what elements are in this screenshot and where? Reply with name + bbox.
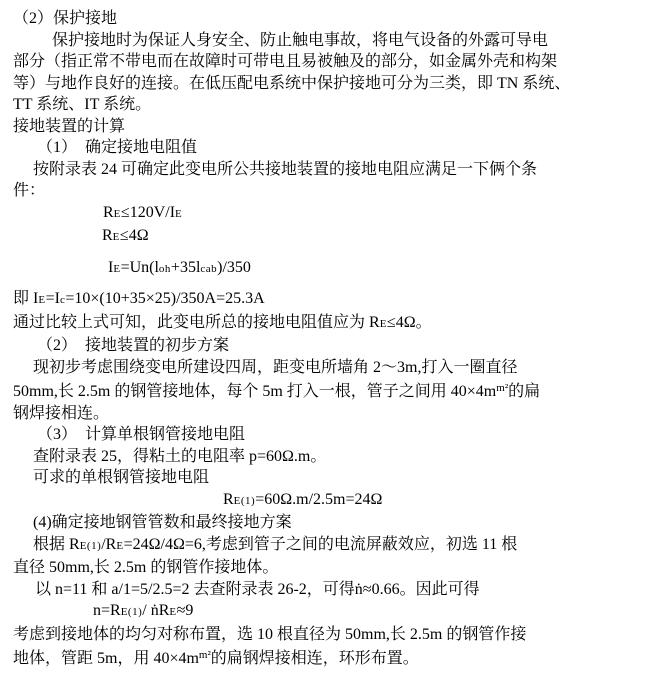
paragraph-line: 查附录表 25，得粘土的电阻率 p=60Ω.m。 xyxy=(13,446,640,468)
text-segment: =10×(10+35×25)/350A=25.3A xyxy=(65,290,264,307)
text-segment: 考虑到接地体的均匀对称布置，选 10 根直径为 50mm,长 2.5m 的钢管作… xyxy=(13,626,526,643)
subscript-segment: E xyxy=(116,540,123,552)
text-segment: 的扁 xyxy=(508,383,540,400)
formula-n-count: n=RE(1)/ ṅRE≈9 xyxy=(13,600,640,624)
text-segment: （2）保护接地 xyxy=(13,10,117,27)
text-segment: R xyxy=(102,227,113,244)
text-segment: )/350 xyxy=(217,259,251,276)
text-segment: 通过比较上式可知，此变电所总的接地电阻值应为 R xyxy=(13,314,380,331)
text-segment: 查附录表 25，得粘土的电阻率 p=60Ω.m。 xyxy=(33,448,326,465)
text-segment: ≤120V/I xyxy=(121,204,175,221)
document-page: （2）保护接地保护接地时为保证人身安全、防止触电事故，将电气设备的外露可导电部分… xyxy=(0,0,646,694)
paragraph-line: 现初步考虑围绕变电所建设四周，距变电所墙角 2～3m,打入一圈直径 xyxy=(13,357,640,379)
text-segment: 直径 50mm,长 2.5m 的钢管作接地体。 xyxy=(13,559,278,576)
text-segment: 接地装置的计算 xyxy=(13,118,125,135)
subscript-segment: E(1) xyxy=(121,606,143,618)
text-segment: 根据 R xyxy=(33,536,80,553)
text-segment: ≈9 xyxy=(177,602,194,619)
formula-re1: RE(1)=60Ω.m/2.5m=24Ω xyxy=(13,489,640,513)
subscript-segment: E(1) xyxy=(80,540,102,552)
paragraph-line: 直径 50mm,长 2.5m 的钢管作接地体。 xyxy=(13,557,640,579)
text-segment: 可求的单根钢管接地电阻 xyxy=(33,469,209,486)
paragraph-line: 钢焊接相连。 xyxy=(13,403,640,425)
heading-step-4: (4)确定接地钢管管数和最终接地方案 xyxy=(13,512,640,534)
text-segment: =24Ω/4Ω=6,考虑到管子之间的电流屏蔽效应，初选 11 根 xyxy=(124,536,518,553)
paragraph-line: 通过比较上式可知，此变电所总的接地电阻值应为 RE≤4Ω。 xyxy=(13,312,640,336)
superscript-segment: m² xyxy=(199,649,211,661)
formula-re-condition-2: RE≤4Ω xyxy=(13,225,640,249)
text-segment: =Un(l xyxy=(121,259,159,276)
text-segment: （1） 确定接地电阻值 xyxy=(37,139,197,156)
text-segment: 以 n=11 和 a/1=5/2.5=2 去查附录表 26-2，可得ṅ≈0.66… xyxy=(35,581,480,598)
text-segment: 50mm,长 2.5m 的钢管接地体，每个 5m 打入一根，管子之间用 40×4… xyxy=(13,383,496,400)
text-segment: ≤4Ω。 xyxy=(387,314,432,331)
paragraph-line: 根据 RE(1)/RE=24Ω/4Ω=6,考虑到管子之间的电流屏蔽效应，初选 1… xyxy=(13,534,640,558)
document-body: （2）保护接地保护接地时为保证人身安全、防止触电事故，将电气设备的外露可导电部分… xyxy=(13,8,640,670)
text-segment: 部分（指正常不带电而在故障时可带电且易被触及的部分，如金属外壳和构架 xyxy=(13,53,557,70)
heading-protective-grounding: （2）保护接地 xyxy=(13,8,640,30)
paragraph-line: 部分（指正常不带电而在故障时可带电且易被触及的部分，如金属外壳和构架 xyxy=(13,51,640,73)
text-segment: 即 I xyxy=(13,290,38,307)
paragraph-line: 考虑到接地体的均匀对称布置，选 10 根直径为 50mm,长 2.5m 的钢管作… xyxy=(13,624,640,646)
subscript-segment: oh xyxy=(159,263,171,275)
subscript-segment: E xyxy=(175,208,182,220)
subscript-segment: E xyxy=(380,318,387,330)
subscript-segment: cab xyxy=(200,263,217,275)
text-segment: R xyxy=(103,204,114,221)
text-segment: （3） 计算单根钢管接地电阻 xyxy=(37,426,245,443)
text-segment: R xyxy=(223,491,234,508)
paragraph-line: TT 系统、IT 系统。 xyxy=(13,94,640,116)
paragraph-line: 即 IE=Ic=10×(10+35×25)/350A=25.3A xyxy=(13,288,640,312)
text-segment: /R xyxy=(101,536,116,553)
paragraph-line: 等）与地作良好的连接。在低压配电系统中保护接地可分为三类，即 TN 系统、 xyxy=(13,73,640,95)
paragraph-line: 可求的单根钢管接地电阻 xyxy=(13,467,640,489)
paragraph-line: 保护接地时为保证人身安全、防止触电事故，将电气设备的外露可导电 xyxy=(13,30,640,52)
subscript-segment: E xyxy=(169,606,176,618)
text-segment: 钢焊接相连。 xyxy=(13,405,109,422)
text-segment: n=R xyxy=(93,602,121,619)
subscript-segment: E xyxy=(114,208,121,220)
text-segment: 等）与地作良好的连接。在低压配电系统中保护接地可分为三类，即 TN 系统、 xyxy=(13,75,570,92)
subscript-segment: E xyxy=(113,231,120,243)
superscript-segment: m² xyxy=(496,382,508,394)
text-segment: =60Ω.m/2.5m=24Ω xyxy=(255,491,382,508)
text-segment: 保护接地时为保证人身安全、防止触电事故，将电气设备的外露可导电 xyxy=(52,32,548,49)
text-segment: ≤4Ω xyxy=(120,227,149,244)
paragraph-line: 件： xyxy=(13,180,640,202)
heading-step-1: （1） 确定接地电阻值 xyxy=(13,137,640,159)
text-segment: =I xyxy=(46,290,60,307)
text-segment: 的扁钢焊接相连，环形布置。 xyxy=(211,650,419,667)
heading-grounding-calculation: 接地装置的计算 xyxy=(13,116,640,138)
paragraph-line: 地体，管距 5m，用 40×4mm²的扁钢焊接相连，环形布置。 xyxy=(13,645,640,670)
paragraph-line: 50mm,长 2.5m 的钢管接地体，每个 5m 打入一根，管子之间用 40×4… xyxy=(13,378,640,403)
text-segment: 现初步考虑围绕变电所建设四周，距变电所墙角 2～3m,打入一圈直径 xyxy=(33,359,517,376)
text-segment: 按附录表 24 可确定此变电所公共接地装置的接地电阻应满足一下俩个条 xyxy=(33,161,537,178)
paragraph-line: 按附录表 24 可确定此变电所公共接地装置的接地电阻应满足一下俩个条 xyxy=(13,159,640,181)
subscript-segment: E(1) xyxy=(234,495,256,507)
heading-step-2: （2） 接地装置的初步方案 xyxy=(13,335,640,357)
formula-re-condition-1: RE≤120V/IE xyxy=(13,202,640,226)
text-segment: +35l xyxy=(171,259,200,276)
heading-step-3: （3） 计算单根钢管接地电阻 xyxy=(13,424,640,446)
text-segment: （2） 接地装置的初步方案 xyxy=(37,337,229,354)
paragraph-line: 以 n=11 和 a/1=5/2.5=2 去查附录表 26-2，可得ṅ≈0.66… xyxy=(13,579,640,601)
formula-ie: IE=Un(loh+35lcab)/350 xyxy=(13,257,640,281)
text-segment: 地体，管距 5m，用 40×4m xyxy=(13,650,199,667)
subscript-segment: E xyxy=(38,294,45,306)
subscript-segment: E xyxy=(113,263,120,275)
text-segment: 件： xyxy=(13,182,45,199)
text-segment: / ṅR xyxy=(142,602,169,619)
text-segment: (4)确定接地钢管管数和最终接地方案 xyxy=(33,514,292,531)
text-segment: TT 系统、IT 系统。 xyxy=(13,96,151,113)
